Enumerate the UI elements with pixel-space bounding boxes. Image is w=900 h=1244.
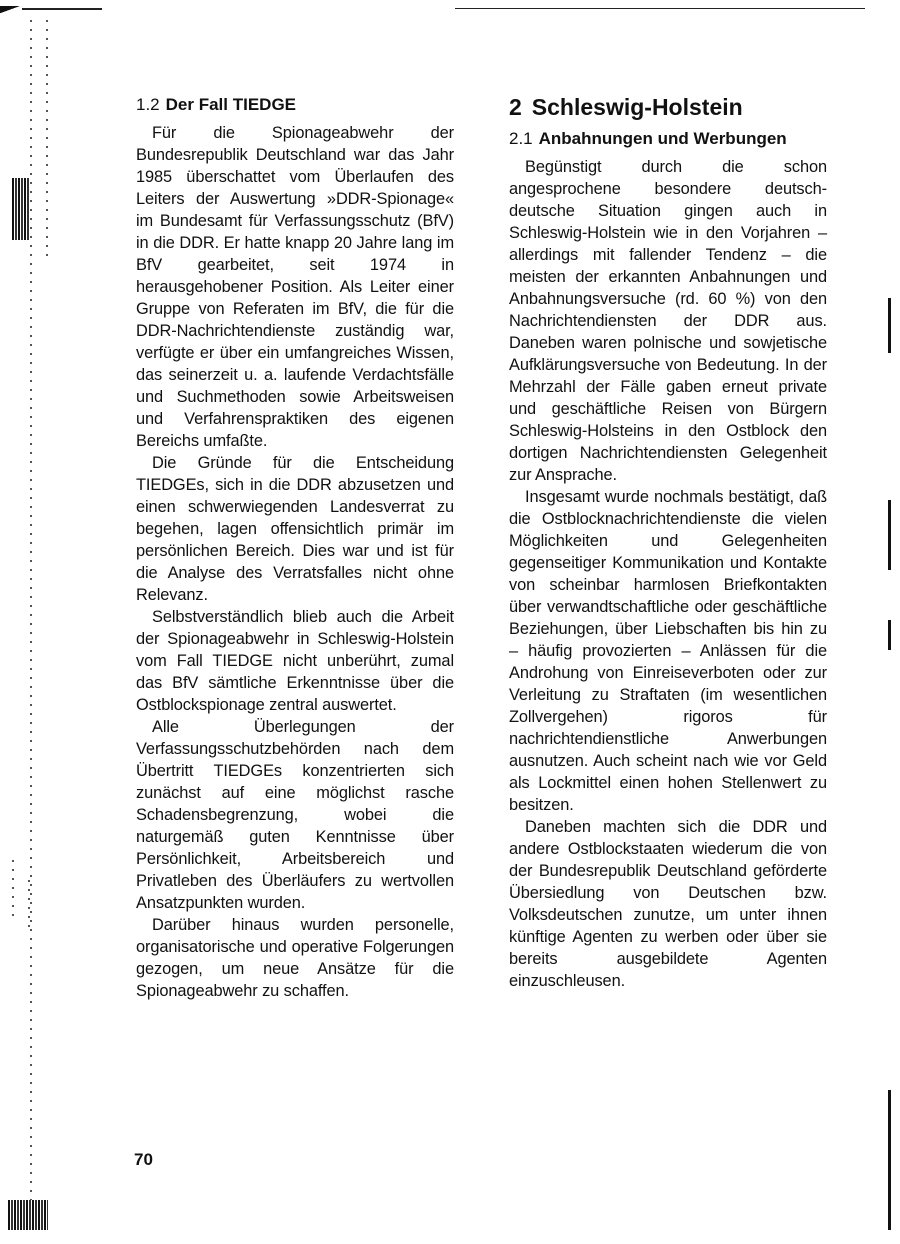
section-number: 1.2 bbox=[136, 95, 160, 114]
scan-artifact-edge bbox=[888, 298, 891, 353]
paragraph: Insgesamt wurde nochmals bestätigt, daß … bbox=[509, 486, 827, 816]
paragraph: Für die Spionageabwehr der Bundesrepubli… bbox=[136, 122, 454, 452]
chapter-title: Schleswig-Holstein bbox=[532, 94, 743, 120]
scan-artifact-top-line bbox=[22, 8, 102, 10]
paragraph: Daneben machten sich die DDR und andere … bbox=[509, 816, 827, 992]
scan-artifact-edge bbox=[888, 500, 891, 570]
paragraph: Darüber hinaus wurden personelle, organi… bbox=[136, 914, 454, 1002]
page-number: 70 bbox=[134, 1150, 153, 1170]
section-title: Der Fall TIEDGE bbox=[166, 95, 296, 114]
scan-artifact-edge bbox=[888, 620, 891, 650]
scan-artifact-dots bbox=[12, 860, 14, 920]
scan-artifact-corner bbox=[0, 6, 22, 16]
left-column: 1.2Der Fall TIEDGE Für die Spionageabweh… bbox=[136, 94, 454, 1002]
chapter-number: 2 bbox=[509, 94, 522, 120]
chapter-heading: 2Schleswig-Holstein bbox=[509, 94, 827, 120]
paragraph: Begünstigt durch die schon angesprochene… bbox=[509, 156, 827, 486]
scan-artifact-edge bbox=[888, 1090, 891, 1230]
scan-artifact-blob bbox=[8, 1200, 48, 1230]
section-title: Anbahnungen und Werbungen bbox=[539, 129, 787, 148]
scan-artifact-top-line bbox=[455, 8, 865, 9]
scan-artifact-blob bbox=[12, 178, 30, 240]
paragraph: Selbstverständlich blieb auch die Arbeit… bbox=[136, 606, 454, 716]
right-column: 2Schleswig-Holstein 2.1Anbahnungen und W… bbox=[509, 94, 827, 992]
paragraph: Die Gründe für die Entscheidung TIEDGEs,… bbox=[136, 452, 454, 606]
scan-artifact-dots bbox=[28, 880, 30, 930]
paragraph: Alle Überlegungen der Verfassungsschutzb… bbox=[136, 716, 454, 914]
scan-artifact-dots bbox=[30, 20, 32, 1200]
section-number: 2.1 bbox=[509, 129, 533, 148]
section-heading-1-2: 1.2Der Fall TIEDGE bbox=[136, 94, 454, 116]
section-heading-2-1: 2.1Anbahnungen und Werbungen bbox=[509, 128, 827, 150]
scan-artifact-dots bbox=[46, 20, 48, 260]
